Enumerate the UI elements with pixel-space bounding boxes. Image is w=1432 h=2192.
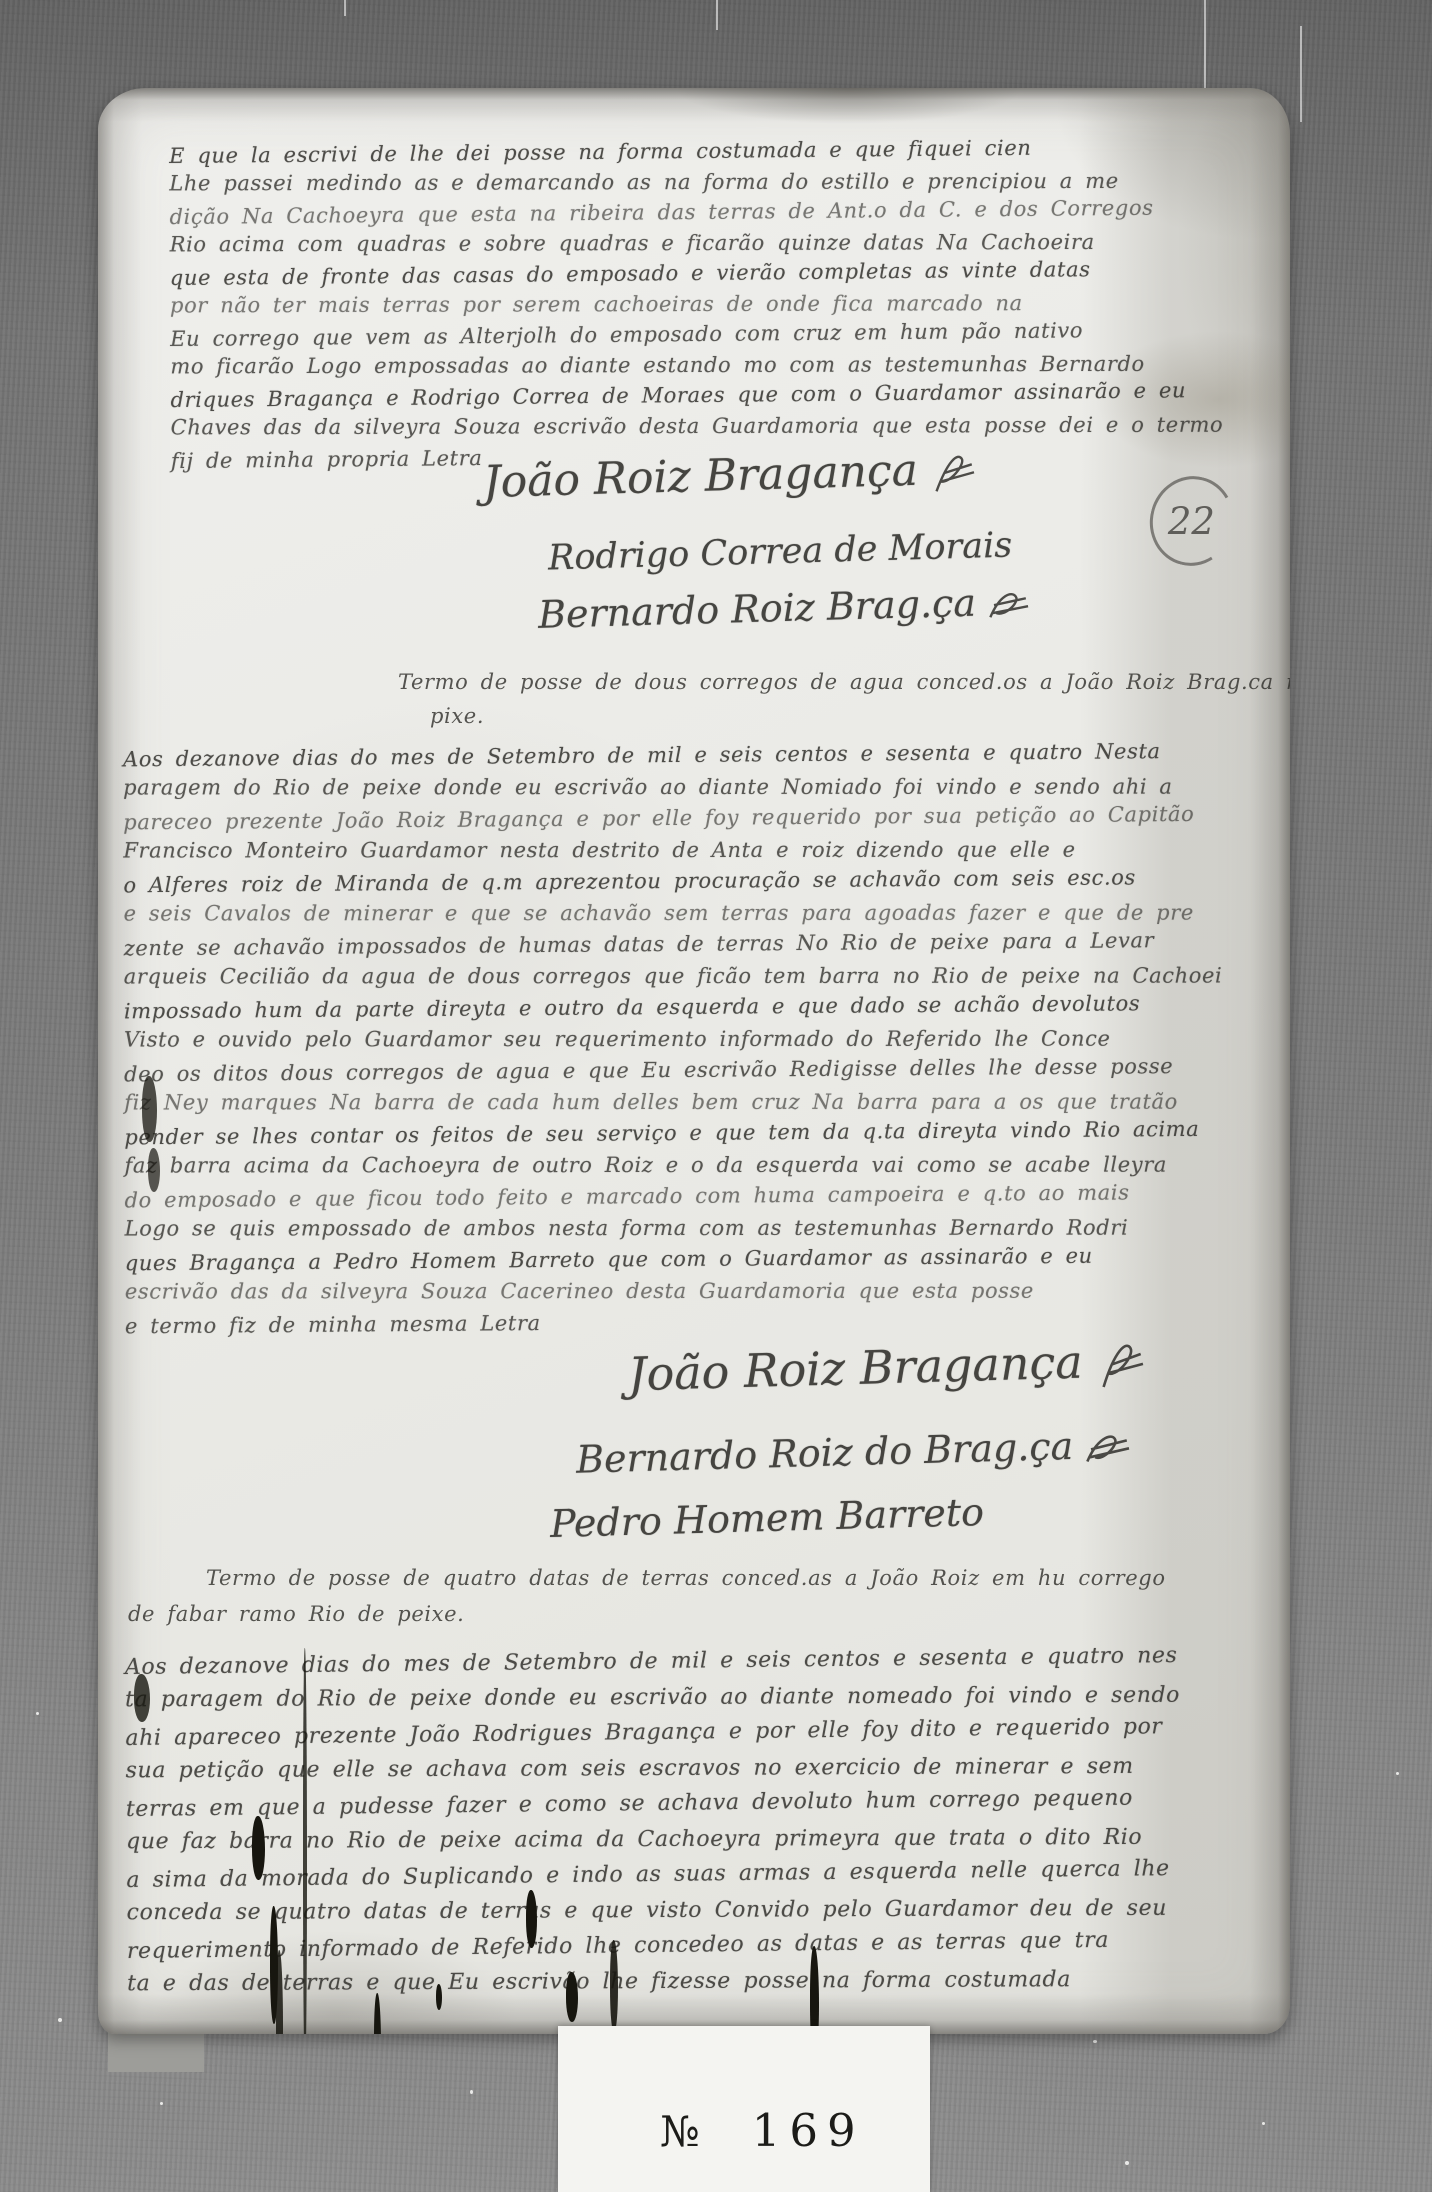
film-scratch <box>344 0 346 16</box>
archive-photo: { "photo": { "folio_number": "22", "labe… <box>0 0 1432 2192</box>
ink-blot <box>142 1076 157 1142</box>
manuscript-text-line: Visto e ouvido pelo Guardamor seu requer… <box>124 1023 1223 1055</box>
numero-sign: № <box>660 2107 700 2156</box>
signature-rubric-icon <box>927 450 982 495</box>
manuscript-text-line: arqueis Cecilião da agua de dous corrego… <box>124 960 1223 992</box>
record3-paragraph: Aos dezanove dias do mes de Setembro de … <box>125 1640 1182 2002</box>
archive-label: № 169 <box>558 2026 930 2157</box>
dust-speck <box>1093 2040 1097 2043</box>
dust-speck <box>1262 2122 1265 2125</box>
dust-speck <box>160 2102 163 2105</box>
film-scratch <box>1300 26 1302 122</box>
ink-blot <box>566 1972 578 2022</box>
record1-paragraph: E que la escrivi de lhe dei posse na for… <box>169 133 1223 474</box>
dust-speck <box>1396 1772 1399 1775</box>
ink-blot <box>436 1984 442 2010</box>
signature-text: João Roiz Bragança <box>482 445 918 508</box>
manuscript-text-line: deo os ditos dous corregos de agua e que… <box>124 1051 1223 1091</box>
ink-blot <box>610 1940 618 2032</box>
ink-blot <box>526 1890 537 1948</box>
signature-rodrigo-correa: Rodrigo Correa de Morais <box>548 526 1013 579</box>
manuscript-text-line: ta e das de terras e que Eu escrivão lhe… <box>127 1961 1182 2001</box>
dust-speck <box>1125 2161 1129 2165</box>
dust-speck <box>470 2090 473 2094</box>
archive-number: 169 <box>752 2104 865 2157</box>
folio-number: 22 <box>1168 500 1215 543</box>
dust-speck <box>36 1712 39 1715</box>
manuscript-text-line: faz barra acima da Cachoeyra de outro Ro… <box>124 1149 1223 1181</box>
record3-title: Termo de posse de quatro datas de terras… <box>206 1566 1166 1590</box>
dust-speck <box>58 2018 62 2022</box>
manuscript-text-line: e seis Cavalos de minerar e que se achav… <box>124 897 1223 929</box>
signature-bernardo-roiz: Bernardo Roiz Brag.ça <box>537 579 1030 637</box>
signature-text: Rodrigo Correa de Morais <box>548 526 1013 579</box>
manuscript-page: E que la escrivi de lhe dei posse na for… <box>98 88 1290 2034</box>
manuscript-text-line: escrivão das da silveyra Souza Cacerineo… <box>125 1275 1224 1307</box>
signature-text: João Roiz Bragança <box>627 1335 1083 1402</box>
signature-joao-roiz-braganca-2: João Roiz Bragança <box>627 1333 1151 1405</box>
record2-title-line2: pixe. <box>430 704 484 728</box>
archive-label-card: № 169 <box>558 2026 930 2192</box>
manuscript-text-line: impossado hum da parte direyta e outro d… <box>124 988 1223 1028</box>
manuscript-text-line: Aos dezanove dias do mes de Setembro de … <box>123 736 1222 776</box>
manuscript-text-line: paragem do Rio de peixe donde eu escrivã… <box>123 771 1222 803</box>
signature-rubric-icon <box>1083 1430 1132 1467</box>
manuscript-text-line: do emposado e que ficou todo feito e mar… <box>124 1177 1223 1217</box>
manuscript-text-line: fiz Ney marques Na barra de cada hum del… <box>124 1086 1223 1118</box>
record3-title-line2: de fabar ramo Rio de peixe. <box>128 1602 464 1626</box>
record2-title: Termo de posse de dous corregos de agua … <box>398 670 1290 694</box>
manuscript-text-line: pender se lhes contar os feitos de seu s… <box>124 1114 1223 1154</box>
manuscript-text-line: zente se achavão impossados de humas dat… <box>124 925 1223 965</box>
ink-blot <box>148 1148 160 1192</box>
signature-text: Pedro Homem Barreto <box>549 1490 984 1546</box>
film-scratch <box>1204 0 1206 96</box>
folio-number-circle: 22 <box>1140 467 1243 575</box>
manuscript-text-line: o Alferes roiz de Miranda de q.m aprezen… <box>123 862 1222 902</box>
ink-blot <box>134 1674 150 1722</box>
manuscript-text-line: ques Bragança a Pedro Homem Barreto que … <box>125 1240 1224 1280</box>
record2-paragraph: Aos dezanove dias do mes de Setembro de … <box>123 738 1224 1340</box>
signature-text: Bernardo Roiz do Brag.ça <box>575 1424 1073 1482</box>
signature-text: Bernardo Roiz Brag.ça <box>537 581 976 637</box>
signature-bernardo-roiz-2: Bernardo Roiz do Brag.ça <box>575 1422 1131 1481</box>
signature-rubric-icon <box>986 588 1031 623</box>
manuscript-text-line: Francisco Monteiro Guardamor nesta destr… <box>123 834 1222 866</box>
signature-rubric-icon <box>1092 1338 1151 1392</box>
signature-pedro-homem-barreto: Pedro Homem Barreto <box>549 1490 984 1546</box>
ink-blot <box>252 1816 265 1880</box>
manuscript-text-line: pareceo prezente João Roiz Bragança e po… <box>123 799 1222 839</box>
film-scratch <box>716 0 718 30</box>
manuscript-text-line: Logo se quis empossado de ambos nesta fo… <box>125 1212 1224 1244</box>
